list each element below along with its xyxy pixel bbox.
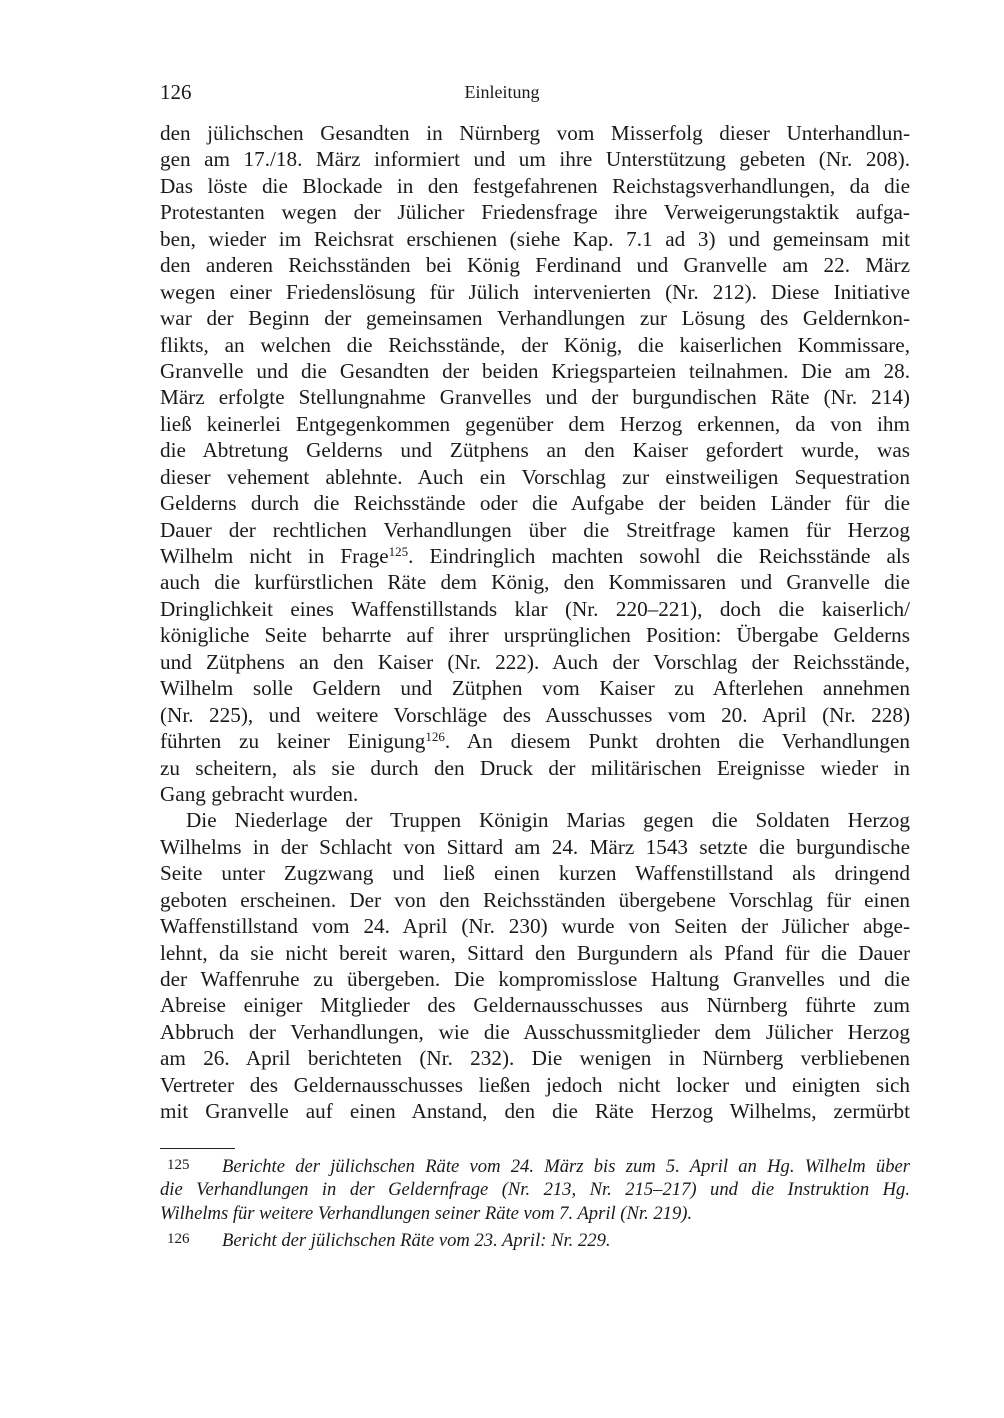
footnote-text: Bericht der jülichschen Räte vom 23. Apr… bbox=[222, 1230, 611, 1251]
text-line: den anderen Reichsständen bei König Ferd… bbox=[160, 252, 910, 278]
footnotes: 125Berichte der jülichschen Räte vom 24.… bbox=[160, 1153, 910, 1251]
text-line: der Waffenruhe zu übergeben. Die komprom… bbox=[160, 966, 910, 992]
body-text: den jülichschen Gesandten in Nürnberg vo… bbox=[160, 120, 910, 1125]
text-line: Waffenstillstand vom 24. April (Nr. 230)… bbox=[160, 913, 910, 939]
text-line: gen am 17./18. März informiert und um ih… bbox=[160, 146, 910, 172]
text-line-with-footnote-ref: führten zu keiner Einigung126. An diesem… bbox=[160, 728, 910, 754]
text-line: mit Granvelle auf einen Anstand, den die… bbox=[160, 1098, 910, 1124]
footnote-126: 126Bericht der jülichschen Räte vom 23. … bbox=[160, 1227, 910, 1252]
footnote-text: die Verhandlungen in der Geldernfrage (N… bbox=[160, 1178, 910, 1203]
text-line: königliche Seite beharrte auf ihrer ursp… bbox=[160, 622, 910, 648]
text-line: Vertreter des Geldernausschusses ließen … bbox=[160, 1072, 910, 1098]
text-line: Wilhelms in der Schlacht von Sittard am … bbox=[160, 834, 910, 860]
footnote-separator bbox=[160, 1148, 235, 1149]
footnote-text: Berichte der jülichschen Räte vom 24. Mä… bbox=[222, 1156, 910, 1177]
text-line: Seite unter Zugzwang und ließ einen kurz… bbox=[160, 860, 910, 886]
text-line: Abbruch der Verhandlungen, wie die Aussc… bbox=[160, 1019, 910, 1045]
text-line: am 26. April berichteten (Nr. 232). Die … bbox=[160, 1045, 910, 1071]
text-line: Gelderns durch die Reichsstände oder die… bbox=[160, 490, 910, 516]
text-line: Dauer der rechtlichen Verhandlungen über… bbox=[160, 517, 910, 543]
text-line: März erfolgte Stellungnahme Granvelles u… bbox=[160, 384, 910, 410]
text-line: dieser vehement ablehnte. Auch ein Vorsc… bbox=[160, 464, 910, 490]
footnote-ref-126[interactable]: 126 bbox=[425, 729, 445, 744]
running-head: Einleitung bbox=[0, 82, 1004, 103]
footnote-text: Wilhelms für weitere Verhandlungen seine… bbox=[160, 1202, 910, 1227]
text-line: Das löste die Blockade in den festgefahr… bbox=[160, 173, 910, 199]
text-line: ließ keinerlei Entgegenkommen gegenüber … bbox=[160, 411, 910, 437]
text-line: war der Beginn der gemeinsamen Verhandlu… bbox=[160, 305, 910, 331]
text-line: ben, wieder im Reichsrat erschienen (sie… bbox=[160, 226, 910, 252]
footnote-number: 126 bbox=[160, 1227, 222, 1252]
text-line: zu scheitern, als sie durch den Druck de… bbox=[160, 755, 910, 781]
text-line: lehnt, da sie nicht bereit waren, Sittar… bbox=[160, 940, 910, 966]
text-line: die Abtretung Gelderns und Zütphens an d… bbox=[160, 437, 910, 463]
text-line: Wilhelm solle Geldern und Zütphen vom Ka… bbox=[160, 675, 910, 701]
text-line: Protestanten wegen der Jülicher Friedens… bbox=[160, 199, 910, 225]
text-line: Granvelle und die Gesandten der beiden K… bbox=[160, 358, 910, 384]
footnote-ref-125[interactable]: 125 bbox=[389, 544, 409, 559]
text-line: geboten erscheinen. Der von den Reichsst… bbox=[160, 887, 910, 913]
footnote-125: 125Berichte der jülichschen Räte vom 24.… bbox=[160, 1153, 910, 1227]
text-line: (Nr. 225), und weitere Vorschläge des Au… bbox=[160, 702, 910, 728]
text-line: und Zütphens an den Kaiser (Nr. 222). Au… bbox=[160, 649, 910, 675]
text-line: wegen einer Friedenslösung für Jülich in… bbox=[160, 279, 910, 305]
text-line: flikts, an welchen die Reichsstände, der… bbox=[160, 332, 910, 358]
paragraph-start-line: Die Niederlage der Truppen Königin Maria… bbox=[160, 807, 910, 833]
text-line: auch die kurfürstlichen Räte dem König, … bbox=[160, 569, 910, 595]
text-line: den jülichschen Gesandten in Nürnberg vo… bbox=[160, 120, 910, 146]
footnote-number: 125 bbox=[160, 1153, 222, 1178]
text-line-with-footnote-ref: Wilhelm nicht in Frage125. Eindringlich … bbox=[160, 543, 910, 569]
paragraph-end-line: Gang gebracht wurden. bbox=[160, 781, 910, 807]
text-line: Abreise einiger Mitglieder des Geldernau… bbox=[160, 992, 910, 1018]
text-line: Dringlichkeit eines Waffenstillstands kl… bbox=[160, 596, 910, 622]
